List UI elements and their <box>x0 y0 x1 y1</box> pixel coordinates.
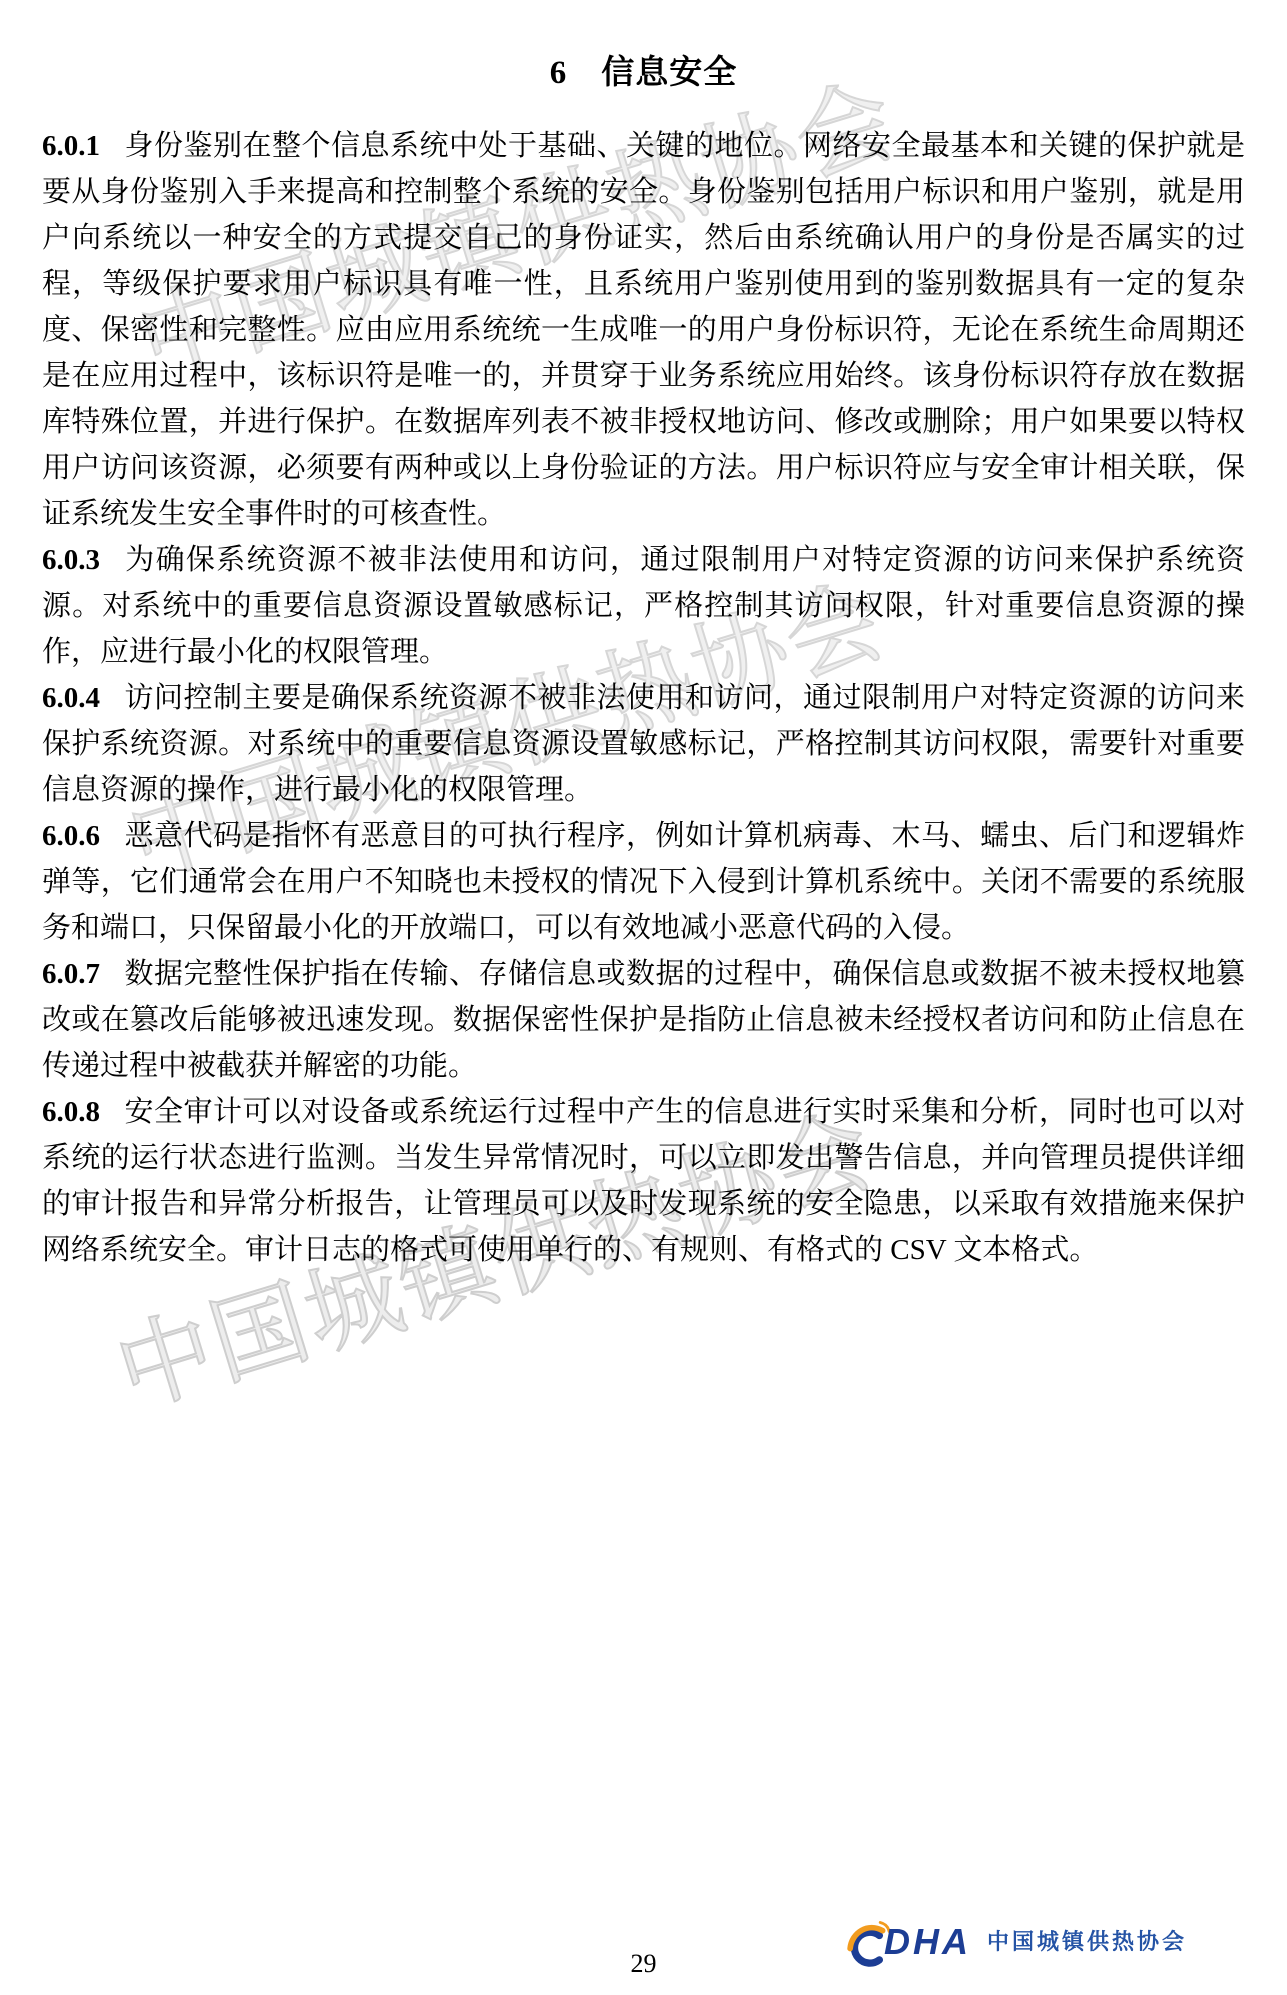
association-logo: DHA 中国城镇供热协会 <box>842 1917 1187 1967</box>
section-number: 6.0.1 <box>42 130 124 162</box>
section-text: 恶意代码是指怀有恶意目的可执行程序，例如计算机病毒、木马、蠕虫、后门和逻辑炸弹等… <box>42 820 1245 944</box>
chapter-title: 6 信息安全 <box>42 46 1245 93</box>
section-paragraph: 6.0.8安全审计可以对设备或系统运行过程中产生的信息进行实时采集和分析，同时也… <box>42 1089 1245 1273</box>
paragraph-list: 6.0.1身份鉴别在整个信息系统中处于基础、关键的地位。网络安全最基本和关键的保… <box>42 123 1245 1273</box>
document-body: 6 信息安全 6.0.1身份鉴别在整个信息系统中处于基础、关键的地位。网络安全最… <box>0 0 1287 1273</box>
section-text: 安全审计可以对设备或系统运行过程中产生的信息进行实时采集和分析，同时也可以对系统… <box>42 1096 1245 1266</box>
cdha-logo-acronym: DHA <box>884 1924 971 1960</box>
section-number: 6.0.3 <box>42 544 124 576</box>
section-paragraph: 6.0.7数据完整性保护指在传输、存储信息或数据的过程中，确保信息或数据不被未授… <box>42 951 1245 1089</box>
section-paragraph: 6.0.1身份鉴别在整个信息系统中处于基础、关键的地位。网络安全最基本和关键的保… <box>42 123 1245 537</box>
section-number: 6.0.6 <box>42 820 124 852</box>
section-paragraph: 6.0.6恶意代码是指怀有恶意目的可执行程序，例如计算机病毒、木马、蠕虫、后门和… <box>42 813 1245 951</box>
section-number: 6.0.4 <box>42 682 124 714</box>
section-text: 为确保系统资源不被非法使用和访问，通过限制用户对特定资源的访问来保护系统资源。对… <box>42 544 1245 668</box>
section-text: 身份鉴别在整个信息系统中处于基础、关键的地位。网络安全最基本和关键的保护就是要从… <box>42 130 1245 530</box>
section-text: 访问控制主要是确保系统资源不被非法使用和访问，通过限制用户对特定资源的访问来保护… <box>42 682 1245 806</box>
cdha-logo-name: 中国城镇供热协会 <box>987 1931 1187 1953</box>
section-number: 6.0.7 <box>42 958 124 990</box>
section-paragraph: 6.0.4访问控制主要是确保系统资源不被非法使用和访问，通过限制用户对特定资源的… <box>42 675 1245 813</box>
section-paragraph: 6.0.3为确保系统资源不被非法使用和访问，通过限制用户对特定资源的访问来保护系… <box>42 537 1245 675</box>
document-page: 中国城镇供热协会 中国城镇供热协会 中国城镇供热协会 6 信息安全 6.0.1身… <box>0 0 1287 1995</box>
section-number: 6.0.8 <box>42 1096 124 1128</box>
section-text: 数据完整性保护指在传输、存储信息或数据的过程中，确保信息或数据不被未授权地篡改或… <box>42 958 1245 1082</box>
